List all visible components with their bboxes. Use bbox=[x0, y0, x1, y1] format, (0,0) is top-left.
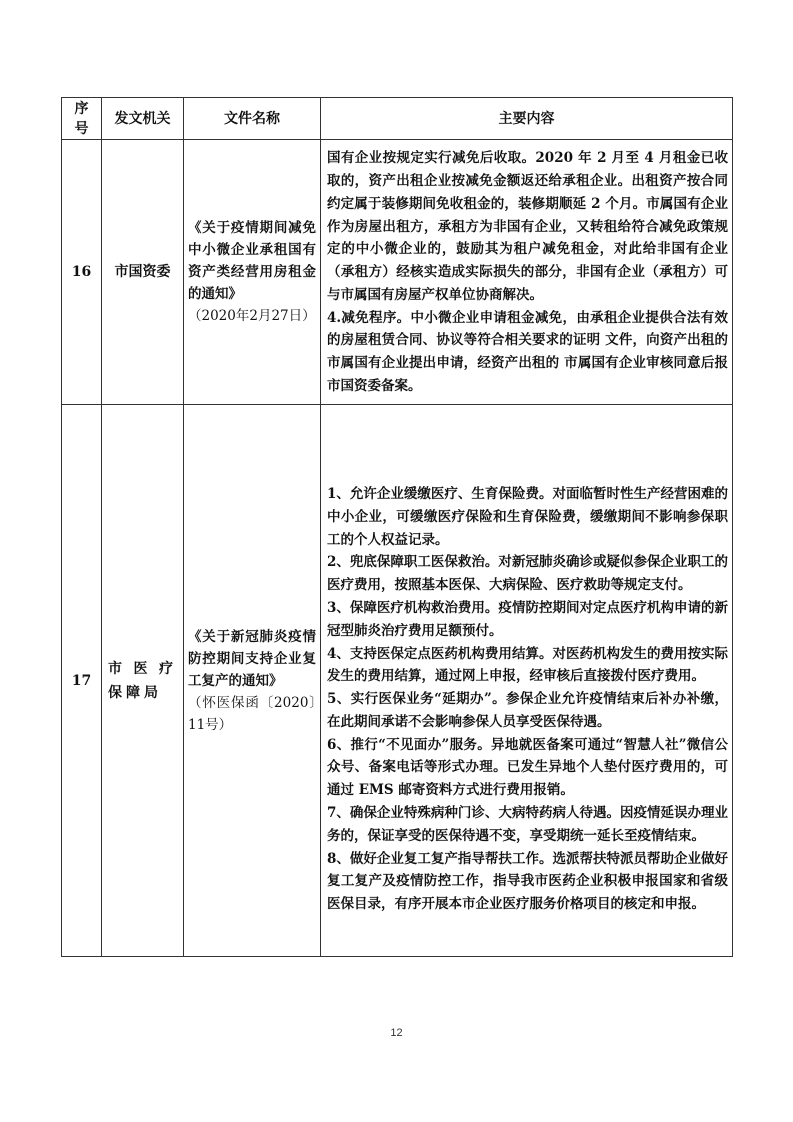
content-item: 8、做好企业复工复产指导帮扶工作。选派帮扶特派员帮助企业做好复工复产及疫情防控工… bbox=[327, 848, 728, 916]
content-paragraph: 国有企业按规定实行减免后收取。2020 年 2 月至 4 月租金已收取的，资产出… bbox=[327, 147, 728, 307]
policy-table: 序号 发文机关 文件名称 主要内容 16 市国资委 《关于疫情期间减免中小微企业… bbox=[61, 97, 733, 957]
content-item: 6、推行“不见面办”服务。异地就医备案可通过“智慧人社”微信公众号、备案电话等形… bbox=[327, 734, 728, 802]
page-number: 12 bbox=[0, 1027, 793, 1039]
header-issuer: 发文机关 bbox=[102, 98, 184, 140]
row-number: 17 bbox=[62, 405, 102, 957]
row-document-title: 《关于新冠肺炎疫情防控期间支持企业复工复产的通知》 （怀医保函〔2020〕11号… bbox=[184, 405, 321, 957]
content-item: 4、支持医保定点医药机构费用结算。对医药机构发生的费用按实际发生的费用结算，通过… bbox=[327, 643, 728, 689]
row-content: 国有企业按规定实行减免后收取。2020 年 2 月至 4 月租金已收取的，资产出… bbox=[321, 140, 733, 405]
content-paragraph: 4.减免程序。中小微企业申请租金减免，由承租企业提供合法有效的房屋租赁合同、协议… bbox=[327, 307, 728, 398]
header-number: 序号 bbox=[62, 98, 102, 140]
content-item: 3、保障医疗机构救治费用。疫情防控期间对定点医疗机构申请的新冠型肺炎治疗费用足额… bbox=[327, 597, 728, 643]
header-content: 主要内容 bbox=[321, 98, 733, 140]
row-content: 1、允许企业缓缴医疗、生育保险费。对面临暂时性生产经营困难的中小企业，可缓缴医疗… bbox=[321, 405, 733, 957]
content-item: 5、实行医保业务“延期办”。参保企业允许疫情结束后补办补缴，在此期间承诺不会影响… bbox=[327, 688, 728, 734]
row-issuer: 市医疗保障局 bbox=[102, 405, 184, 957]
content-item: 7、确保企业特殊病种门诊、大病特药病人待遇。因疫情延误办理业务的，保证享受的医保… bbox=[327, 802, 728, 848]
header-document-title: 文件名称 bbox=[184, 98, 321, 140]
document-ref-text: （2020年2月27日） bbox=[188, 305, 316, 327]
document-title-text: 《关于疫情期间减免中小微企业承租国有资产类经营用房租金的通知》 bbox=[188, 220, 316, 302]
document-ref-text: （怀医保函〔2020〕11号） bbox=[188, 692, 316, 736]
document-page: 序号 发文机关 文件名称 主要内容 16 市国资委 《关于疫情期间减免中小微企业… bbox=[0, 0, 793, 1122]
table-header-row: 序号 发文机关 文件名称 主要内容 bbox=[62, 98, 733, 140]
content-item: 2、兜底保障职工医保救治。对新冠肺炎确诊或疑似参保企业职工的医疗费用，按照基本医… bbox=[327, 551, 728, 597]
content-item: 1、允许企业缓缴医疗、生育保险费。对面临暂时性生产经营困难的中小企业，可缓缴医疗… bbox=[327, 483, 728, 551]
row-number: 16 bbox=[62, 140, 102, 405]
table-row: 16 市国资委 《关于疫情期间减免中小微企业承租国有资产类经营用房租金的通知》 … bbox=[62, 140, 733, 405]
table-row: 17 市医疗保障局 《关于新冠肺炎疫情防控期间支持企业复工复产的通知》 （怀医保… bbox=[62, 405, 733, 957]
document-title-text: 《关于新冠肺炎疫情防控期间支持企业复工复产的通知》 bbox=[188, 629, 316, 689]
row-document-title: 《关于疫情期间减免中小微企业承租国有资产类经营用房租金的通知》 （2020年2月… bbox=[184, 140, 321, 405]
row-issuer: 市国资委 bbox=[102, 140, 184, 405]
